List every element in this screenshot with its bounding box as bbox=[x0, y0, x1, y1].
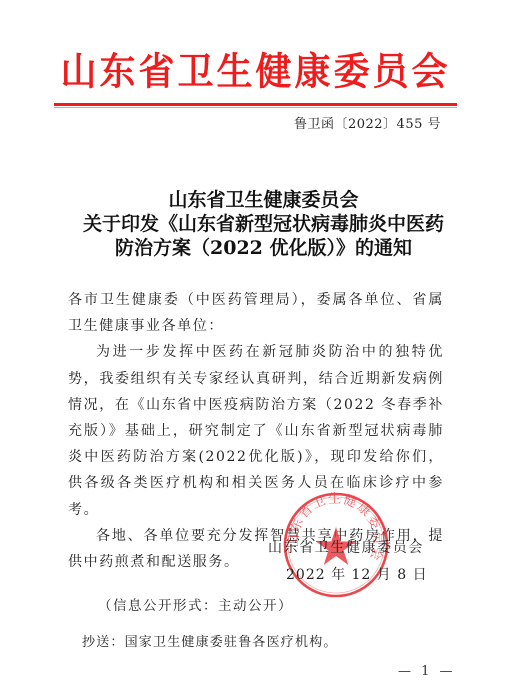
signature-date: 2022 年 12 月 8 日 bbox=[286, 564, 428, 584]
document-page: 山东省卫生健康委员会 鲁卫函〔2022〕455 号 山东省卫生健康委员会 关于印… bbox=[0, 0, 527, 691]
cc-recipients: 抄送：国家卫生健康委驻鲁各医疗机构。 bbox=[82, 631, 338, 650]
letterhead-red-rule-thin bbox=[54, 107, 457, 108]
body-paragraph-1: 为进一步发挥中医药在新冠肺炎防治中的独特优势，我委组织有关专家经认真研判，结合近… bbox=[68, 339, 444, 522]
disclosure-form: （信息公开形式：主动公开） bbox=[98, 594, 293, 614]
document-number: 鲁卫函〔2022〕455 号 bbox=[294, 113, 441, 132]
document-body: 各市卫生健康委（中医药管理局），委属各单位、省属卫生健康事业各单位： 为进一步发… bbox=[68, 287, 444, 575]
title-line-3: 防治方案（2022 优化版）》的通知 bbox=[0, 236, 527, 260]
page-number: — 1 — bbox=[398, 664, 456, 679]
title-line-2: 关于印发《山东省新型冠状病毒肺炎中医药 bbox=[0, 212, 527, 236]
letterhead-org-name: 山东省卫生健康委员会 bbox=[54, 49, 457, 97]
signature-org: 山东省卫生健康委员会 bbox=[268, 537, 424, 557]
letterhead-red-rule bbox=[54, 103, 457, 106]
document-title: 山东省卫生健康委员会 关于印发《山东省新型冠状病毒肺炎中医药 防治方案（2022… bbox=[0, 188, 527, 260]
title-line-1: 山东省卫生健康委员会 bbox=[0, 188, 527, 212]
salutation: 各市卫生健康委（中医药管理局），委属各单位、省属卫生健康事业各单位： bbox=[68, 287, 444, 339]
